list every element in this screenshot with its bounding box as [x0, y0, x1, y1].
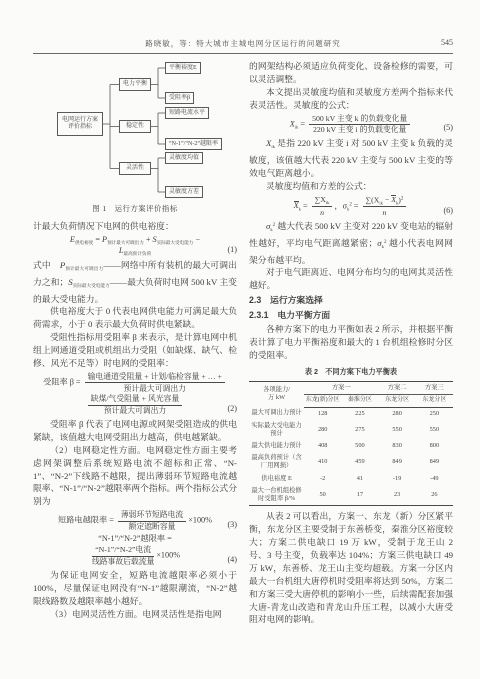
figure-1-caption: 图 1 运行方案评价指标	[33, 203, 237, 216]
table-row: 最大供电能力预计 408 500 830 800	[249, 440, 453, 452]
table-group-header-row: 各项能力/万 kW 方案一 方案二 方案三	[249, 381, 453, 394]
tree-root-line1: 电网运行方案	[62, 117, 98, 124]
table-corner-cell: 各项能力/万 kW	[249, 381, 304, 407]
paragraph: 式中 P预计最大可调出力——网络中所有装机的最大可调出力之和；S实际最大受电能力…	[33, 259, 237, 306]
paragraph: 从表 2 可以看出，方案一、东龙（新）分区紧平衡，东龙分区主要受制于东善桥变，秦…	[249, 510, 453, 626]
tree-leaf-blocking-rate: 受阻率β	[165, 92, 194, 104]
table-row: 最高负荷预计（含厂用网损） 410 459 849 849	[249, 452, 453, 472]
table-subhead: 秦淮分区	[341, 394, 378, 407]
table-cell: 849	[416, 452, 453, 472]
right-column: 的网架结构必须适应负荷变化、设备检修的需要，可以灵活调整。 本文提出灵敏度均值和…	[249, 60, 453, 626]
table-cell: 410	[304, 452, 341, 472]
table-cell: -2	[304, 473, 341, 485]
table-subhead: 东龙(新)分区	[304, 394, 341, 407]
table-cell: 830	[379, 440, 416, 452]
paragraph: 受阻性指标用受阻率 β 来表示，是计算电网中机组上网通道受阻或机组出力受阻（如缺…	[33, 331, 237, 370]
table-row: 最大一台机组检修时受阻率 β/% 50 17 23 26	[249, 485, 453, 506]
table-cell: 849	[379, 452, 416, 472]
table-group-plan1: 方案一	[304, 381, 378, 394]
row-label: 实际最大受电能力预计	[249, 420, 304, 440]
paragraph: （3）电网灵活性方面。电网灵活性是指电网	[33, 608, 237, 621]
table-cell: 26	[416, 485, 453, 506]
paper-page: 路晓敏，等：特大城市主城电网分区运行的问题研究 545	[0, 0, 480, 679]
table-cell: -19	[379, 473, 416, 485]
table-cell: 550	[379, 420, 416, 440]
paragraph: 计最大负荷情况下电网的供电裕度：	[33, 220, 237, 233]
paragraph: Xik 是指 220 kV 主变 i 对 500 kV 主变 k 负载的灵敏度，…	[249, 137, 453, 180]
running-head-title: 路晓敏，等：特大城市主城电网分区运行的问题研究	[33, 38, 453, 49]
equation-5: Xik = 500 kV 主变 k 的负载变化量220 kV 主变 i 的负载变…	[249, 114, 453, 135]
tree-leaf-sens-variance: 灵敏度方差	[165, 186, 203, 198]
section-heading-2-3-1: 2.3.1 电力平衡方面	[249, 309, 453, 322]
table-row: 实际最大受电能力预计 280 275 550 550	[249, 420, 453, 440]
paragraph: 各种方案下的电力平衡如表 2 所示，并根据平衡表计算了电力平衡裕度和最大的 1 …	[249, 323, 453, 362]
figure-1-diagram: 电网运行方案 评价指标 电力平衡 稳定性 灵活性 平衡裕度E 受阻率β 短路电流…	[33, 62, 237, 200]
table-cell: 800	[416, 440, 453, 452]
left-column: 电网运行方案 评价指标 电力平衡 稳定性 灵活性 平衡裕度E 受阻率β 短路电流…	[33, 60, 237, 626]
paragraph: （2）电网稳定性方面。电网稳定性方面主要考虑网架调整后系统短路电流不超标和正常、…	[33, 444, 237, 509]
tree-leaf-n1n2-rate: “N-1”/“N-2”越限率	[165, 138, 222, 150]
equation-number: (3)	[227, 520, 237, 531]
equation-number: (4)	[227, 555, 237, 566]
tree-branch-flexibility: 灵活性	[119, 162, 151, 175]
equation-6: Xk = ∑Xikn，σk2 = ∑(Xik − Xk)2n (6)	[249, 195, 453, 218]
table-subhead: 东龙分区	[379, 394, 416, 407]
paragraph: 本文提出灵敏度均值和灵敏度方差两个指标来代表灵活性。灵敏度的公式：	[249, 86, 453, 112]
table-cell: -49	[416, 473, 453, 485]
equation-number: (2)	[227, 404, 237, 415]
equation-2: 受阻率 β = 输电通道受阻量 + 计划/临检容量 + … +预计最大可调出力 …	[33, 372, 237, 416]
table-cell: 250	[416, 407, 453, 420]
section-heading-2-3: 2.3 运行方案选择	[249, 294, 453, 307]
row-label: 供电裕度 E	[249, 473, 304, 485]
equation-number: (6)	[443, 206, 453, 217]
header-rule	[33, 53, 453, 54]
paragraph: 灵敏度均值和方差的公式：	[249, 180, 453, 193]
table-group-plan2: 方案二	[379, 381, 416, 394]
equation-number: (5)	[443, 123, 453, 134]
running-head: 路晓敏，等：特大城市主城电网分区运行的问题研究 545	[33, 38, 453, 52]
tree-leaf-sens-mean: 灵敏度均值	[165, 152, 203, 164]
table-cell: 459	[341, 452, 378, 472]
tree-root-node: 电网运行方案 评价指标	[57, 112, 103, 136]
table-cell: 408	[304, 440, 341, 452]
tree-branch-power-balance: 电力平衡	[119, 78, 151, 91]
table-cell: 41	[341, 473, 378, 485]
table-2: 各项能力/万 kW 方案一 方案二 方案三 东龙(新)分区 秦淮分区 东龙分区 …	[249, 381, 453, 507]
paragraph: σk2 越大代表 500 kV 主变对 220 kV 变电站的辐射性越好，平均电…	[249, 220, 453, 267]
table-subhead: 东龙分区	[416, 394, 453, 407]
table-cell: 275	[341, 420, 378, 440]
tree-leaf-short-circuit: 短路电流水平	[165, 107, 209, 119]
paragraph: 对于电气距离近、电网分布均匀的电网其灵活性越好。	[249, 266, 453, 292]
table-row: 最大可调出力预计 128 225 280 250	[249, 407, 453, 420]
table-cell: 550	[416, 420, 453, 440]
equation-4: “N-1”/“N-2”越限率 = “N-1”/“N-2”电流线路事故后载流量×1…	[33, 534, 237, 567]
paragraph: 供电裕度大于 0 代表电网供电能力可满足最大负荷需求，小于 0 表示最大负荷时供…	[33, 305, 237, 331]
table-cell: 128	[304, 407, 341, 420]
equation-3: 短路电越限率 = 薄弱环节短路电流额定遮断容量×100% (3)	[33, 510, 237, 531]
paragraph: 为保证电网安全，短路电流越限率必须小于 100%，尽量保证电网没有“N-1”越限…	[33, 569, 237, 608]
table-group-plan3: 方案三	[416, 381, 453, 394]
table-2-title: 表 2 不同方案下电力平衡表	[249, 366, 453, 379]
equation-number: (1)	[227, 245, 237, 256]
row-label: 最大供电能力预计	[249, 440, 304, 452]
tree-branch-stability: 稳定性	[119, 120, 151, 133]
table-row: 供电裕度 E -2 41 -19 -49	[249, 473, 453, 485]
table-cell: 280	[379, 407, 416, 420]
table-cell: 17	[341, 485, 378, 506]
tree-root-line2: 评价指标	[68, 124, 92, 131]
table-cell: 225	[341, 407, 378, 420]
tree-leaf-balance-margin: 平衡裕度E	[165, 62, 201, 74]
table-cell: 280	[304, 420, 341, 440]
page-number: 545	[441, 38, 453, 47]
table-cell: 50	[304, 485, 341, 506]
table-cell: 500	[341, 440, 378, 452]
paragraph: 的网架结构必须适应负荷变化、设备检修的需要，可以灵活调整。	[249, 60, 453, 86]
table-cell: 23	[379, 485, 416, 506]
equation-1: E供电裕度 = P预计最大可调出力 + S实际最大受电能力 − L最高预计负荷 …	[33, 235, 237, 257]
row-label: 最大可调出力预计	[249, 407, 304, 420]
paragraph: 受阻率 β 代表了电网电源或网架受阻造成的供电紧缺，该值越大电网受阻出力越高，供…	[33, 418, 237, 444]
row-label: 最高负荷预计（含厂用网损）	[249, 452, 304, 472]
row-label: 最大一台机组检修时受阻率 β/%	[249, 485, 304, 506]
